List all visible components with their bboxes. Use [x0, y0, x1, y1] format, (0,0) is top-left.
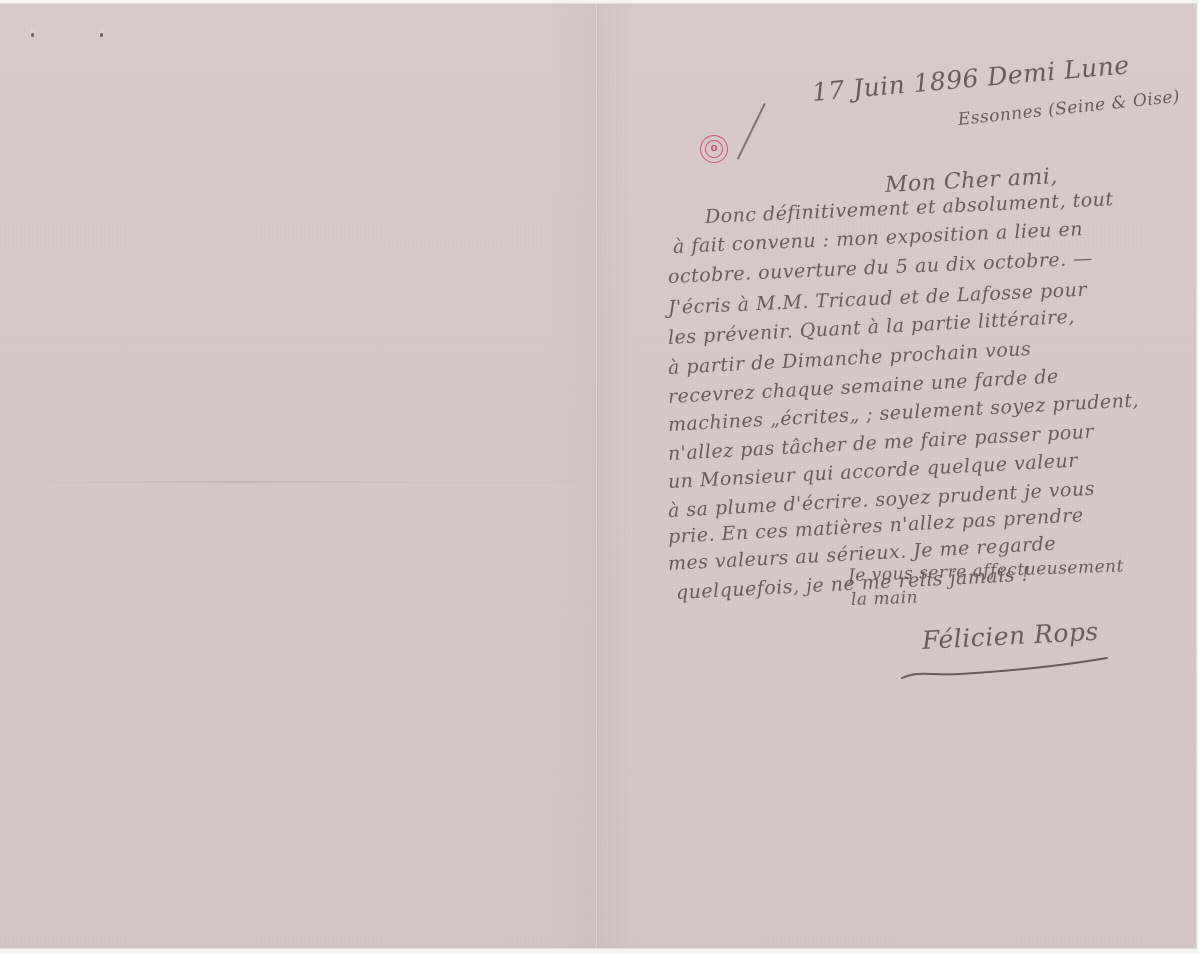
- letter-closing-line: la main: [851, 588, 919, 610]
- archive-stamp: O: [700, 135, 728, 163]
- scanned-document: O 17 Juin 1896 Demi Lune Essonnes (Seine…: [0, 0, 1199, 954]
- folded-letter-sheet: [0, 4, 1196, 948]
- pin-hole-mark: [100, 33, 103, 37]
- stamp-icon: O: [705, 140, 723, 158]
- left-page-blank: [0, 4, 597, 948]
- horizontal-fold-crease: [0, 481, 595, 483]
- pin-hole-mark: [31, 33, 34, 37]
- signature-underline-flourish: [900, 656, 1110, 682]
